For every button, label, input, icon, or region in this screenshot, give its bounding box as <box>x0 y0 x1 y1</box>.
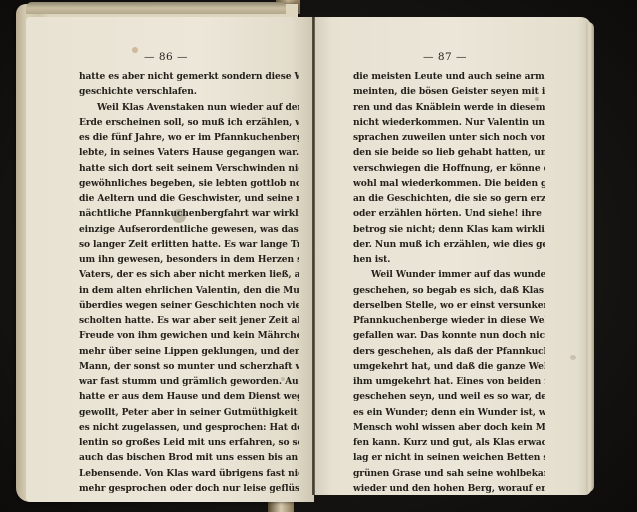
text-line: umgekehrt hat, und daß die ganze Welt si… <box>353 359 545 374</box>
text-line: derselben Stelle, wo er einst versunken,… <box>353 298 545 313</box>
text-line: mehr gesprochen oder doch nur leise gefl… <box>79 481 299 496</box>
text-line: wieder und den hohen Berg, worauf er so … <box>353 481 545 496</box>
text-line: meinten, die bösen Geister seyen mit ihm… <box>353 84 545 99</box>
left-page: — 86 — hatte es aber nicht gemerkt sonde… <box>26 17 314 502</box>
text-line: war fast stumm und grämlich geworden. Au… <box>79 374 299 389</box>
text-line: die meisten Leute und auch seine arme Mu… <box>353 69 545 84</box>
text-line: lebte, in seines Vaters Hause gegangen w… <box>79 145 299 160</box>
text-line: geschichte verschlafen. <box>79 84 299 99</box>
text-line: oder erzählen hörten. Und siehe! ihre Ho… <box>353 206 545 221</box>
text-line: hatte es aber nicht gemerkt sondern dies… <box>79 69 299 84</box>
text-line: lentin so großes Leid mit uns erfahren, … <box>79 435 299 450</box>
foxing-stain <box>570 355 576 360</box>
text-line: den sie beide so lieb gehabt hatten, und… <box>353 145 545 160</box>
text-line: verschwiegen die Hoffnung, er könne doch… <box>353 161 545 176</box>
text-line: sprachen zuweilen unter sich noch von de… <box>353 130 545 145</box>
text-line: Pfannkuchenberge wieder in diese Welt hi… <box>353 313 545 328</box>
text-line: nächtliche Pfannkuchenbergfahrt war wirk… <box>79 206 299 221</box>
text-line: hatte er aus dem Hause und dem Dienst we… <box>79 389 299 404</box>
text-line: lag er nicht in seinen weichen Betten so… <box>353 450 545 465</box>
text-line: Mensch wohl wissen aber doch kein Mensch… <box>353 420 545 435</box>
right-page: — 87 — die meisten Leute und auch seine … <box>315 17 591 495</box>
text-line: fen kann. Kurz und gut, als Klas erwacht… <box>353 435 545 450</box>
text-line: Weil Wunder immer auf das wunderbarste <box>353 267 545 282</box>
text-line: hatte sich dort seit seinem Verschwinden… <box>79 161 299 176</box>
text-line: Lebensende. Von Klas ward übrigens fast … <box>79 466 299 481</box>
text-line: in dem alten ehrlichen Valentin, den die… <box>79 283 299 298</box>
text-line: es ein Wunder; denn ein Wunder ist, was … <box>353 405 545 420</box>
text-line: geschehen, so begab es sich, daß Klas gr… <box>353 283 545 298</box>
right-page-edge <box>586 22 594 492</box>
text-line: gewollt, Peter aber in seiner Gutmüthigk… <box>79 405 299 420</box>
text-line: wohl mal wiederkommen. Die beiden glaubt… <box>353 176 545 191</box>
book-gutter <box>312 17 315 495</box>
text-line: hen ist. <box>353 252 545 267</box>
text-line: auch das bischen Brod mit uns essen bis … <box>79 450 299 465</box>
foxing-stain <box>132 47 138 53</box>
text-line: Erde erscheinen soll, so muß ich erzähle… <box>79 115 299 130</box>
text-line: geschehen seyn, und weil es so war, desw… <box>353 389 545 404</box>
text-line: einzige Aufserordentliche gewesen, was d… <box>79 222 299 237</box>
text-line: grünen Grase und sah seine wohlbekannte … <box>353 466 545 481</box>
text-line: betrog sie nicht; denn Klas kam wirklich… <box>353 222 545 237</box>
page-number-right: — 87 — <box>423 51 467 63</box>
text-line: scholten hatte. Es war aber seit jener Z… <box>79 313 299 328</box>
right-page-text: die meisten Leute und auch seine arme Mu… <box>353 69 545 496</box>
left-page-text: hatte es aber nicht gemerkt sondern dies… <box>79 69 299 496</box>
text-line: ders geschehen, als daß der Pfannkuchenb… <box>353 344 545 359</box>
text-line: Weil Klas Avenstaken nun wieder auf der <box>79 100 299 115</box>
text-line: mehr über seine Lippen geklungen, und de… <box>79 344 299 359</box>
text-line: die Aeltern und die Geschwister, und sei… <box>79 191 299 206</box>
text-line: Freude von ihm gewichen und kein Mährche… <box>79 328 299 343</box>
text-line: nicht wiederkommen. Nur Valentin und Pet… <box>353 115 545 130</box>
text-line: ihm umgekehrt hat. Eines von beiden mußt… <box>353 374 545 389</box>
text-line: an die Geschichten, die sie so gern erzä… <box>353 191 545 206</box>
text-line: gewöhnliches begeben, sie lebten gottlob… <box>79 176 299 191</box>
text-line: der. Nun muß ich erzählen, wie dies gesc… <box>353 237 545 252</box>
left-page-top-edge <box>26 2 286 14</box>
text-line: um ihn gewesen, besonders in dem Herzen … <box>79 252 299 267</box>
text-line: gefallen war. Das konnte nun doch nicht … <box>353 328 545 343</box>
page-number-left: — 86 — <box>144 51 188 63</box>
text-line: überdies wegen seiner Geschichten noch v… <box>79 298 299 313</box>
text-line: es die fünf Jahre, wo er im Pfannkuchenb… <box>79 130 299 145</box>
text-line: ren und das Knäblein werde in diesem Leb… <box>353 100 545 115</box>
text-line: Vaters, der es sich aber nicht merken li… <box>79 267 299 282</box>
text-line: Mann, der sonst so munter und scherzhaft… <box>79 359 299 374</box>
text-line: es nicht zugelassen, und gesprochen: Hat… <box>79 420 299 435</box>
text-line: so langer Zeit erlitten hatte. Es war la… <box>79 237 299 252</box>
